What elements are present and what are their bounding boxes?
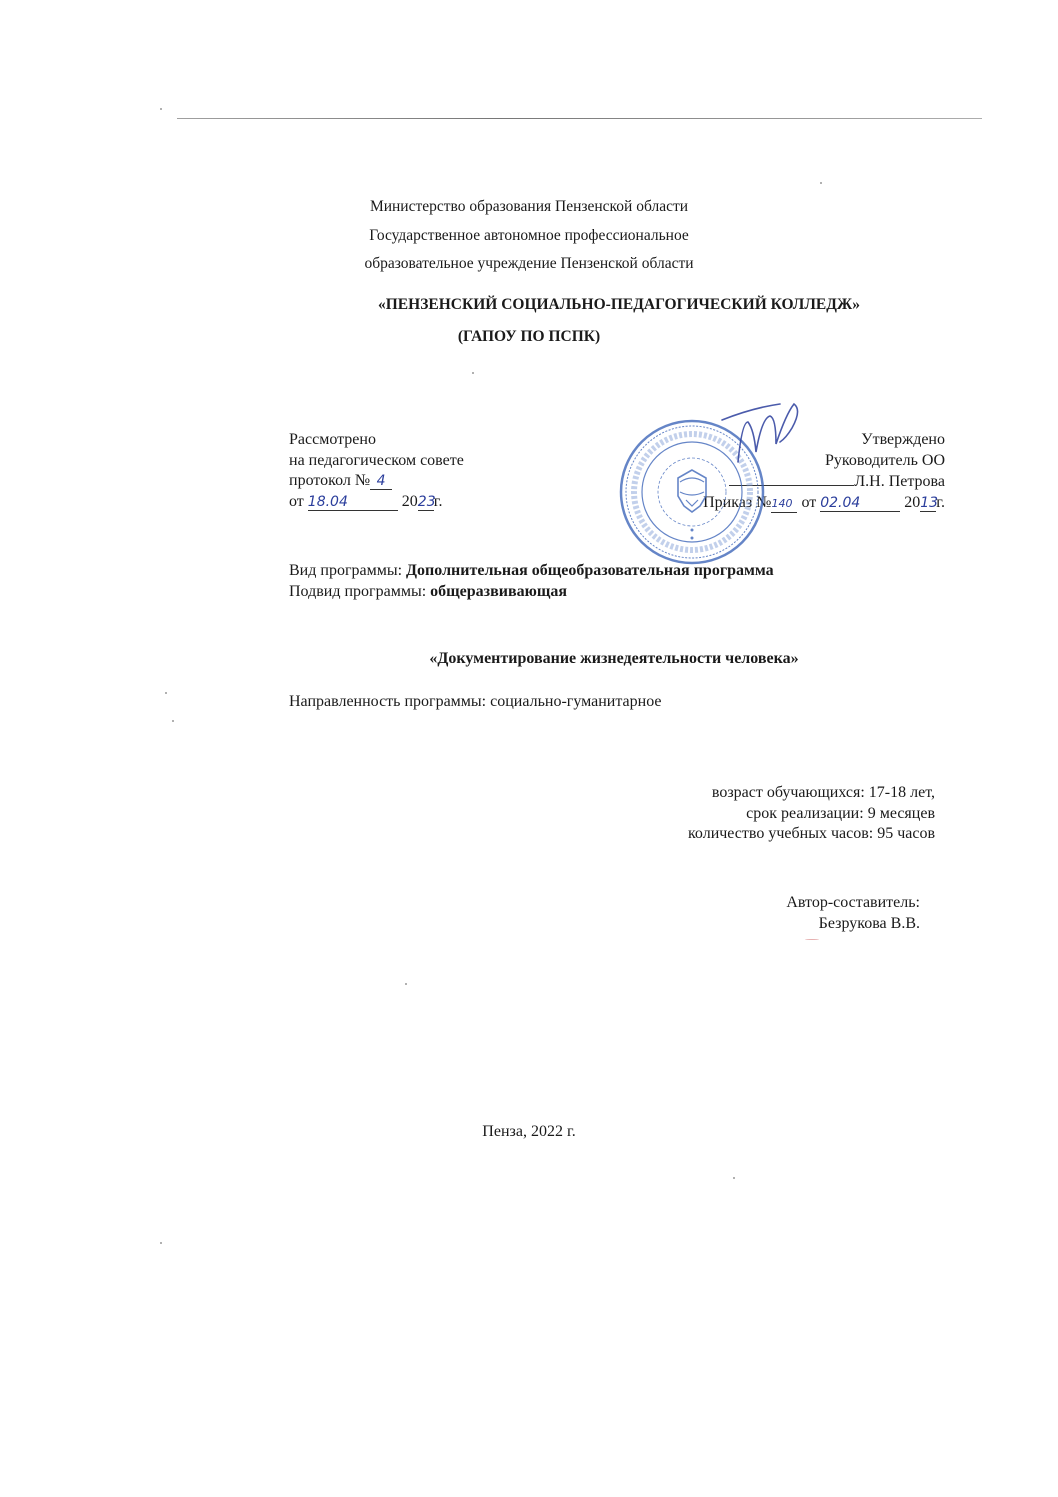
ministry-line: Министерство образования Пензенской обла… [0,198,1058,216]
date-prefix: от [289,493,304,510]
program-kind-value: Дополнительная общеобразовательная прогр… [406,562,774,579]
program-hours: количество учебных часов: 95 часов [560,824,935,845]
program-duration: срок реализации: 9 месяцев [560,804,935,825]
year-prefix: 20 [402,493,418,510]
considered-date: от 18.04 2023г. [289,492,464,513]
scan-speck [165,692,167,694]
scan-speck [820,182,822,184]
order-number-handwritten: 140 [771,496,797,513]
date-handwritten: 18.04 [308,494,398,511]
scan-speck [733,1177,735,1179]
year-end: г. [434,493,443,510]
author-block: Автор-составитель: Безрукова В.В. [560,893,920,934]
program-title: «Документирование жизнедеятельности чело… [0,650,1058,668]
signature-icon [720,400,840,470]
program-kind-block: Вид программы: Дополнительная общеобразо… [289,561,774,602]
considered-title: Рассмотрено [289,430,464,451]
order-date-handwritten: 02.04 [820,495,900,512]
scan-speck [160,1242,162,1244]
considered-protocol: протокол №4 [289,471,464,492]
considered-council: на педагогическом совете [289,451,464,472]
approved-name: Л.Н. Петрова [854,473,945,490]
author-label: Автор-составитель: [560,893,920,914]
scan-speck [172,720,174,722]
program-subkind-value: общеразвивающая [430,583,567,600]
institution-abbreviation: (ГАПОУ ПО ПСПК) [0,328,1058,346]
order-year-handwritten: 13 [920,495,936,512]
program-kind-label: Вид программы: [289,562,406,579]
institution-name-text: «ПЕНЗЕНСКИЙ СОЦИАЛЬНО-ПЕДАГОГИЧЕСКИЙ КОЛ… [378,296,860,313]
year-handwritten: 23 [418,494,434,511]
city-year: Пенза, 2022 г. [0,1123,1058,1141]
scan-speck [405,983,407,985]
scan-speck [472,372,474,374]
scan-top-rule [177,118,982,119]
scan-mark [805,939,819,940]
author-name: Безрукова В.В. [560,914,920,935]
student-age: возраст обучающихся: 17-18 лет, [560,783,935,804]
program-focus: Направленность программы: социально-гума… [289,693,662,711]
order-date-prefix: от [801,494,816,511]
institution-type-line: Государственное автономное профессиональ… [0,227,1058,245]
considered-block: Рассмотрено на педагогическом совете про… [289,430,464,512]
scan-speck [160,108,162,110]
document-page: Министерство образования Пензенской обла… [0,0,1058,1497]
program-subkind-label: Подвид программы: [289,583,430,600]
program-kind: Вид программы: Дополнительная общеобразо… [289,561,774,582]
institution-region-line: образовательное учреждение Пензенской об… [0,255,1058,273]
protocol-number-handwritten: 4 [370,473,392,490]
program-parameters: возраст обучающихся: 17-18 лет, срок реа… [560,783,935,845]
protocol-label: протокол № [289,472,370,489]
order-year-end: г. [936,494,945,511]
order-year-prefix: 20 [904,494,920,511]
institution-name: «ПЕНЗЕНСКИЙ СОЦИАЛЬНО-ПЕДАГОГИЧЕСКИЙ КОЛ… [180,296,1058,314]
program-subkind: Подвид программы: общеразвивающая [289,582,774,603]
